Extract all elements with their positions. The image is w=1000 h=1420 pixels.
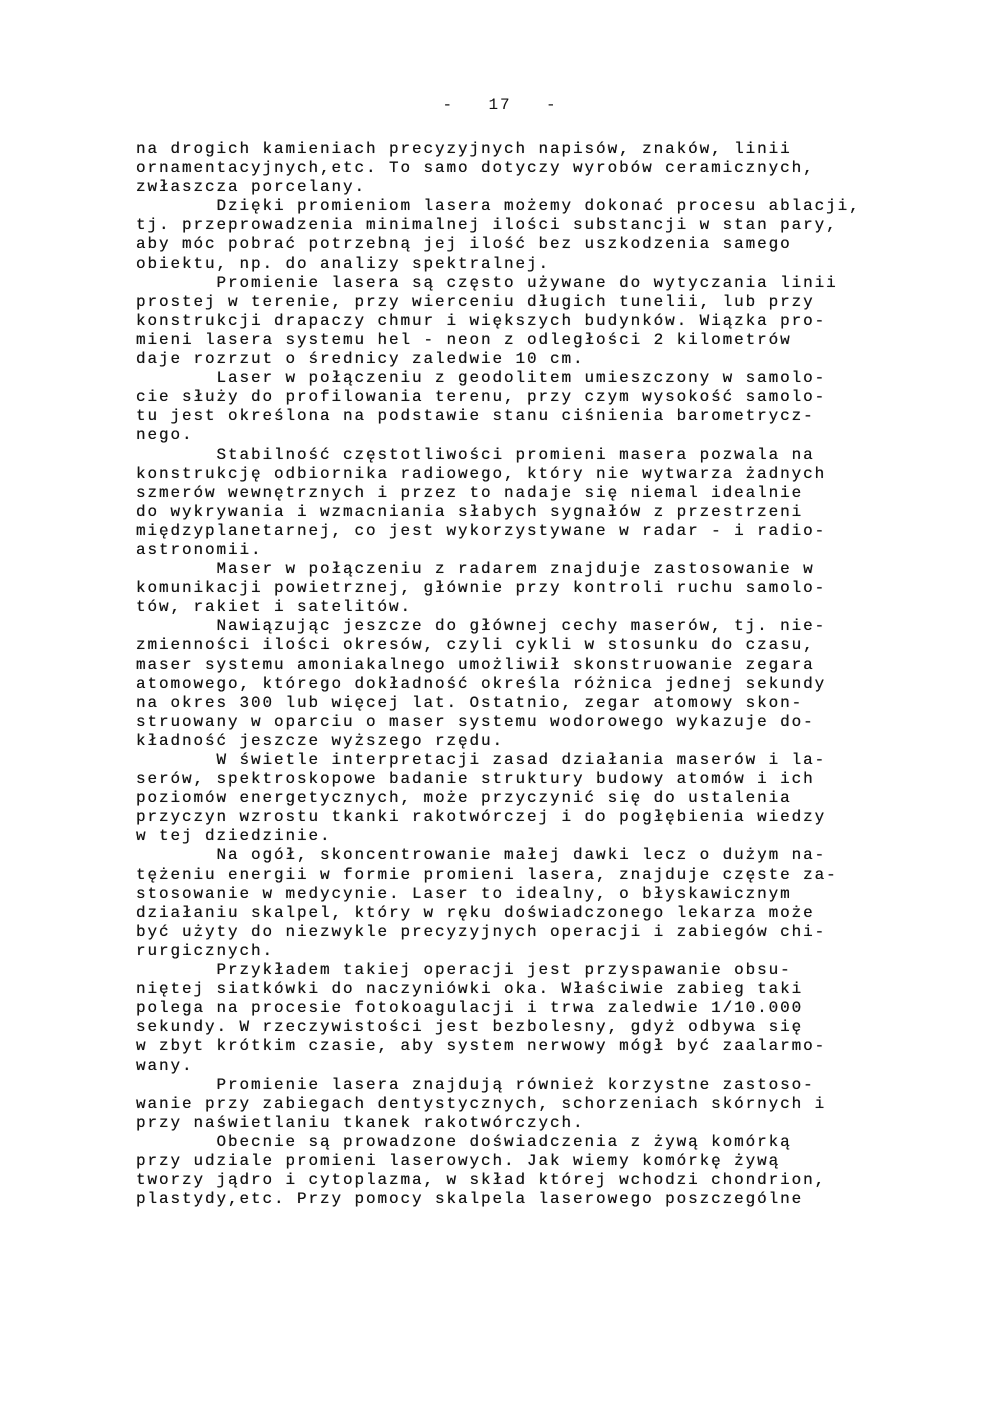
text-line: międzyplanetarnej, co jest wykorzystywan… (136, 522, 896, 541)
paragraph: Obecnie są prowadzone doświadczenia z ży… (136, 1133, 896, 1209)
text-line: Laser w połączeniu z geodolitem umieszcz… (136, 369, 896, 388)
text-line: tu jest określona na podstawie stanu ciś… (136, 407, 896, 426)
document-page: - 17 - na drogich kamieniach precyzyjnyc… (0, 0, 1000, 1420)
text-line: tj. przeprowadzenia minimalnej ilości su… (136, 216, 896, 235)
text-line: konstrukcji drapaczy chmur i większych b… (136, 312, 896, 331)
paragraph: na drogich kamieniach precyzyjnych napis… (136, 140, 896, 197)
text-line: maser systemu amoniakalnego umożliwił sk… (136, 656, 896, 675)
text-line: stosowanie w medycynie. Laser to idealny… (136, 885, 896, 904)
text-line: na okres 300 lub więcej lat. Ostatnio, z… (136, 694, 896, 713)
text-line: tężeniu energii w formie promieni lasera… (136, 866, 896, 885)
text-line: niętej siatkówki do naczyniówki oka. Wła… (136, 980, 896, 999)
text-line: szmerów wewnętrznych i przez to nadaje s… (136, 484, 896, 503)
text-line: Nawiązując jeszcze do głównej cechy mase… (136, 617, 896, 636)
text-line: komunikacji powietrznej, głównie przy ko… (136, 579, 896, 598)
text-line: Promienie lasera są często używane do wy… (136, 274, 896, 293)
text-line: konstrukcję odbiornika radiowego, który … (136, 465, 896, 484)
paragraph: Dzięki promieniom lasera możemy dokonać … (136, 197, 896, 273)
text-line: Stabilność częstotliwości promieni maser… (136, 446, 896, 465)
text-line: działaniu skalpel, który w ręku doświadc… (136, 904, 896, 923)
text-line: rurgicznych. (136, 942, 896, 961)
text-line: w tej dziedzinie. (136, 827, 896, 846)
text-line: Obecnie są prowadzone doświadczenia z ży… (136, 1133, 896, 1152)
text-line: daje rozrzut o średnicy zaledwie 10 cm. (136, 350, 896, 369)
text-line: Dzięki promieniom lasera możemy dokonać … (136, 197, 896, 216)
text-line: cie służy do profilowania terenu, przy c… (136, 388, 896, 407)
text-line: serów, spektroskopowe badanie struktury … (136, 770, 896, 789)
paragraph: Stabilność częstotliwości promieni maser… (136, 446, 896, 561)
paragraph: Promienie lasera są często używane do wy… (136, 274, 896, 369)
text-line: sekundy. W rzeczywistości jest bezbolesn… (136, 1018, 896, 1037)
text-line: kładność jeszcze wyższego rzędu. (136, 732, 896, 751)
text-line: ornamentacyjnych,etc. To samo dotyczy wy… (136, 159, 896, 178)
text-line: wany. (136, 1057, 896, 1076)
paragraph: Przykładem takiej operacji jest przyspaw… (136, 961, 896, 1076)
text-line: astronomii. (136, 541, 896, 560)
text-line: struowany w oparciu o maser systemu wodo… (136, 713, 896, 732)
text-line: tworzy jądro i cytoplazma, w skład które… (136, 1171, 896, 1190)
text-line: mieni lasera systemu hel - neon z odległ… (136, 331, 896, 350)
paragraph: Nawiązując jeszcze do głównej cechy mase… (136, 617, 896, 751)
text-line: Na ogół, skoncentrowanie małej dawki lec… (136, 846, 896, 865)
text-line: aby móc pobrać potrzebną jej ilość bez u… (136, 235, 896, 254)
text-line: plastydy,etc. Przy pomocy skalpela laser… (136, 1190, 896, 1209)
text-line: być użyty do niezwykle precyzyjnych oper… (136, 923, 896, 942)
text-line: Przykładem takiej operacji jest przyspaw… (136, 961, 896, 980)
paragraph: Maser w połączeniu z radarem znajduje za… (136, 560, 896, 617)
text-line: zwłaszcza porcelany. (136, 178, 896, 197)
paragraph: W świetle interpretacji zasad działania … (136, 751, 896, 846)
text-line: w zbyt krótkim czasie, aby system nerwow… (136, 1037, 896, 1056)
text-line: Maser w połączeniu z radarem znajduje za… (136, 560, 896, 579)
text-line: przyczyn wzrostu tkanki rakotwórczej i d… (136, 808, 896, 827)
page-number: - 17 - (0, 96, 1000, 114)
paragraph: Promienie lasera znajdują również korzys… (136, 1076, 896, 1133)
text-line: przy udziale promieni laserowych. Jak wi… (136, 1152, 896, 1171)
text-line: polega na procesie fotokoagulacji i trwa… (136, 999, 896, 1018)
text-line: poziomów energetycznych, może przyczynić… (136, 789, 896, 808)
text-line: prostej w terenie, przy wierceniu długic… (136, 293, 896, 312)
text-line: obiektu, np. do analizy spektralnej. (136, 255, 896, 274)
text-line: tów, rakiet i satelitów. (136, 598, 896, 617)
text-line: przy naświetlaniu tkanek rakotwórczych. (136, 1114, 896, 1133)
body-text: na drogich kamieniach precyzyjnych napis… (136, 140, 896, 1209)
text-line: do wykrywania i wzmacniania słabych sygn… (136, 503, 896, 522)
text-line: nego. (136, 426, 896, 445)
text-line: Promienie lasera znajdują również korzys… (136, 1076, 896, 1095)
text-line: atomowego, którego dokładność określa ró… (136, 675, 896, 694)
text-line: W świetle interpretacji zasad działania … (136, 751, 896, 770)
paragraph: Na ogół, skoncentrowanie małej dawki lec… (136, 846, 896, 961)
paragraph: Laser w połączeniu z geodolitem umieszcz… (136, 369, 896, 445)
text-line: na drogich kamieniach precyzyjnych napis… (136, 140, 896, 159)
text-line: zmienności ilości okresów, czyli cykli w… (136, 636, 896, 655)
text-line: wanie przy zabiegach dentystycznych, sch… (136, 1095, 896, 1114)
